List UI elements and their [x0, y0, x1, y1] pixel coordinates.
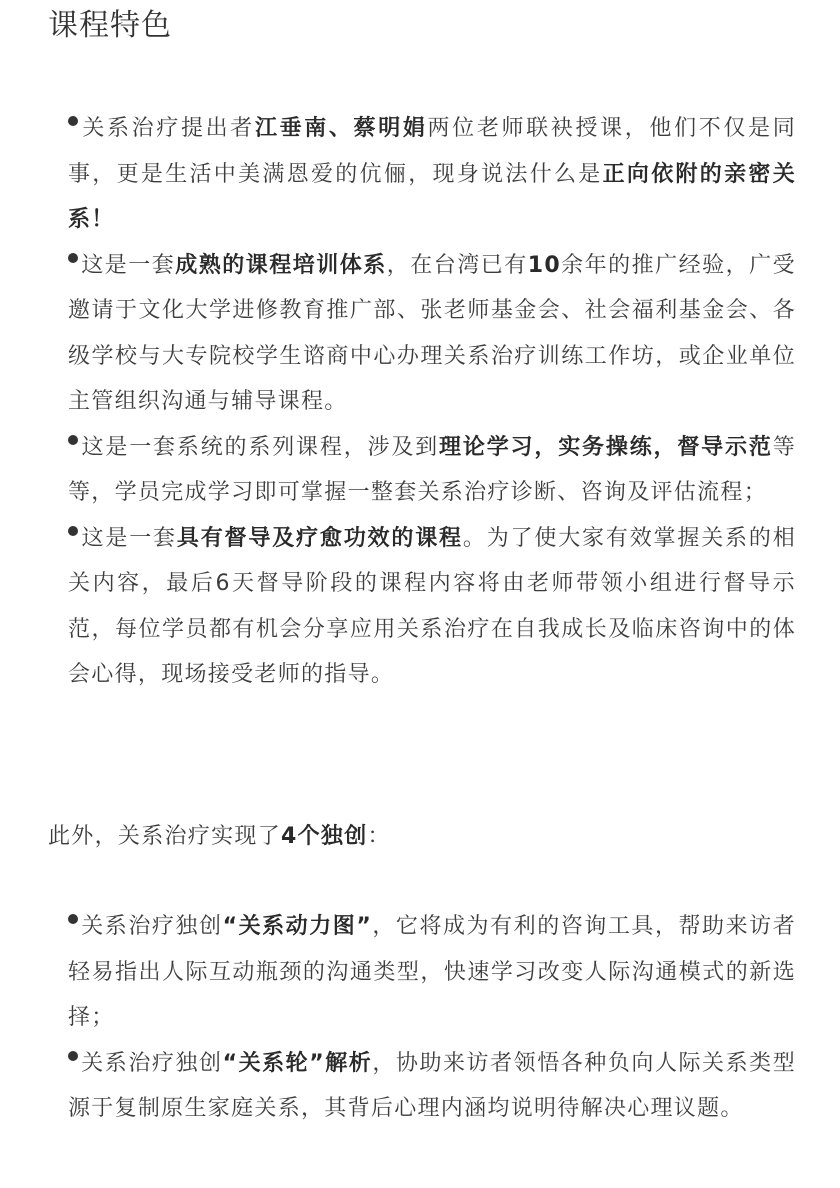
text: 关系治疗独创	[81, 914, 223, 939]
emphasis-text: 成熟的课程培训体系	[175, 253, 387, 278]
text: 这是一套	[81, 253, 175, 278]
intro-emphasis: 4个独创	[281, 824, 368, 849]
innovations-list: 关系治疗独创“关系动力图”，它将成为有利的咨询工具，帮助来访者轻易指出人际互动瓶…	[68, 904, 796, 1132]
innovation-item-1: 关系治疗独创“关系动力图”，它将成为有利的咨询工具，帮助来访者轻易指出人际互动瓶…	[68, 904, 796, 1041]
bullet-dot-icon	[68, 116, 78, 126]
feature-item-2: 这是一套成熟的课程培训体系，在台湾已有10余年的推广经验，广受邀请于文化大学进修…	[68, 243, 796, 425]
number-text: 6	[215, 571, 230, 596]
feature-item-1: 关系治疗提出者江垂南、蔡明娟两位老师联袂授课，他们不仅是同事，更是生活中美满恩爱…	[68, 106, 796, 243]
intro-suffix: ：	[368, 824, 391, 849]
bullet-dot-icon	[68, 253, 78, 263]
text: 关系治疗提出者	[81, 116, 255, 141]
intro-prefix: 此外，关系治疗实现了	[48, 824, 281, 849]
course-features-list: 关系治疗提出者江垂南、蔡明娟两位老师联袂授课，他们不仅是同事，更是生活中美满恩爱…	[68, 106, 796, 698]
feature-item-4: 这是一套具有督导及疗愈功效的课程。为了使大家有效掌握关系的相关内容，最后6天督导…	[68, 516, 796, 698]
bullet-dot-icon	[68, 435, 78, 445]
feature-item-3: 这是一套系统的系列课程，涉及到理论学习，实务操练，督导示范等等，学员完成学习即可…	[68, 425, 796, 516]
emphasis-number: 10	[528, 253, 561, 278]
page-title: 课程特色	[48, 6, 172, 46]
innovations-intro: 此外，关系治疗实现了4个独创：	[48, 814, 391, 859]
bullet-dot-icon	[68, 526, 78, 536]
emphasis-text: 江垂南、蔡明娟	[255, 116, 428, 141]
emphasis-text: 理论学习，实务操练，督导示范	[439, 435, 773, 460]
bullet-dot-icon	[68, 1051, 78, 1061]
emphasis-text: “关系轮”解析	[223, 1051, 373, 1076]
emphasis-text: 具有督导及疗愈功效的课程	[177, 526, 463, 551]
text: 这是一套系统的系列课程，涉及到	[81, 435, 439, 460]
innovation-item-2: 关系治疗独创“关系轮”解析，协助来访者领悟各种负向人际关系类型源于复制原生家庭关…	[68, 1041, 796, 1132]
text: 关系治疗独创	[81, 1051, 223, 1076]
bullet-dot-icon	[68, 914, 78, 924]
emphasis-text: “关系动力图”	[223, 914, 373, 939]
text: 这是一套	[81, 526, 177, 551]
text: ，在台湾已有	[387, 253, 528, 278]
